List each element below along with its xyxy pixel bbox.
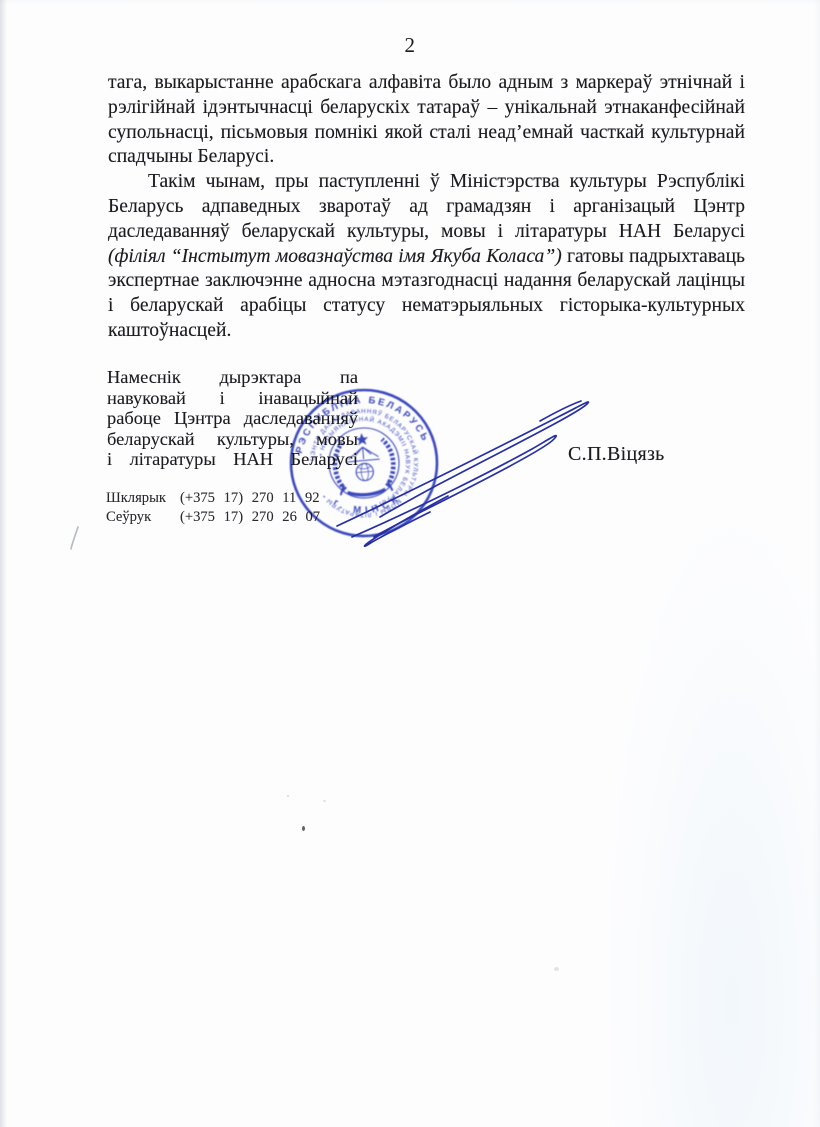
contact-name: Шклярык	[106, 489, 180, 508]
scan-speck	[554, 967, 559, 971]
paragraph-2: Такім чынам, пры паступленні ў Міністэрс…	[108, 170, 745, 344]
paragraph-2-italic: (філіял “Інстытут мовазнаўства імя Якуба…	[108, 246, 562, 267]
contact-name: Сеўрук	[106, 508, 180, 527]
paragraph-2-prefix: Такім чынам, пры паступленні ў Міністэрс…	[108, 171, 745, 242]
page-number: 2	[0, 33, 820, 58]
scan-speck	[302, 826, 305, 831]
scanned-document-page: { "page": { "number": "2" }, "body_text"…	[0, 0, 820, 1127]
scan-speck	[287, 795, 289, 797]
body-text: тага, выкарыстанне арабскага алфавіта бы…	[108, 71, 745, 344]
official-round-stamp: РЭСПУБЛІКА БЕЛАРУСЬ ЦЭНТР ДАСЛЕДАВАННЯЎ …	[277, 375, 451, 550]
signer-name: С.П.Віцязь	[568, 443, 665, 466]
scan-tint	[600, 500, 820, 1127]
signature-title-line: Намеснік дырэктара па	[107, 367, 358, 388]
scan-speck	[323, 800, 326, 802]
pencil-mark	[71, 527, 78, 549]
belarus-emblem-icon	[332, 431, 395, 498]
paragraph-1: тага, выкарыстанне арабскага алфавіта бы…	[108, 71, 745, 170]
